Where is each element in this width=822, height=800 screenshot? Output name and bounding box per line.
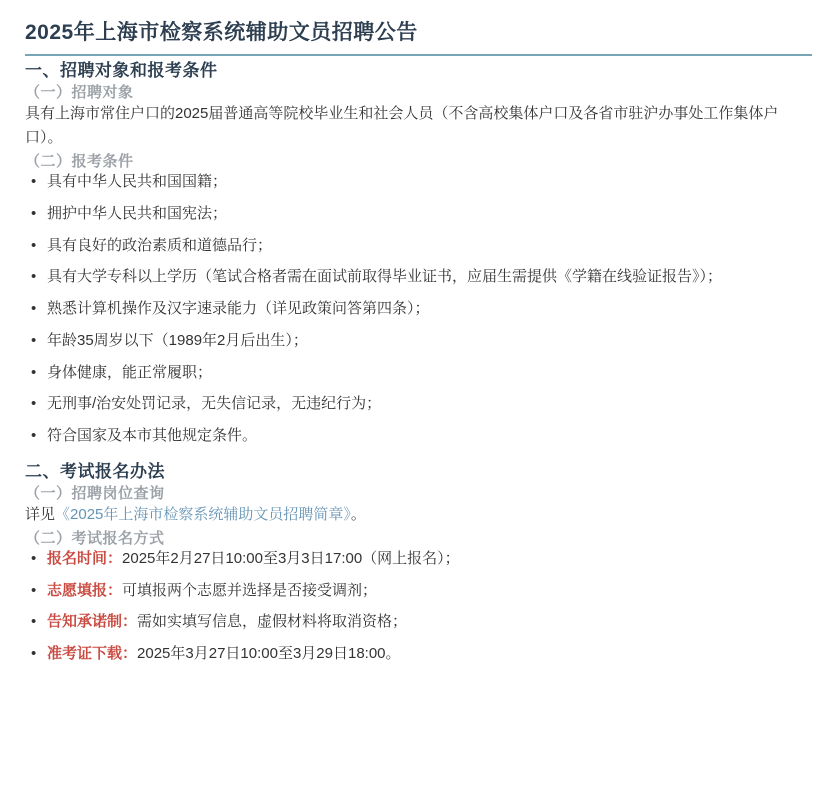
application-conditions-list: 具有中华人民共和国国籍； 拥护中华人民共和国宪法； 具有良好的政治素质和道德品行…: [25, 171, 812, 447]
list-item: 告知承诺制：需如实填写信息，虚假材料将取消资格；: [31, 611, 812, 633]
item-text: 2025年2月27日10:00至3月3日17:00（网上报名）；: [122, 550, 460, 567]
section-1-sub-1-heading: （一）招聘对象: [25, 81, 812, 102]
item-label: 报名时间：: [47, 550, 122, 567]
list-item: 熟悉计算机操作及汉字速录能力（详见政策问答第四条）；: [31, 298, 812, 320]
list-item: 具有中华人民共和国国籍；: [31, 171, 812, 193]
item-label: 告知承诺制：: [47, 613, 137, 630]
section-1-heading: 一、招聘对象和报考条件: [25, 56, 812, 81]
job-query-paragraph: 详见《2025年上海市检察系统辅助文员招聘简章》。: [25, 503, 812, 527]
list-item: 身体健康，能正常履职；: [31, 362, 812, 384]
list-item: 志愿填报：可填报两个志愿并选择是否接受调剂；: [31, 580, 812, 602]
section-2-sub-2-heading: （二）考试报名方式: [25, 527, 812, 548]
list-item: 符合国家及本市其他规定条件。: [31, 425, 812, 447]
list-item: 无刑事/治安处罚记录，无失信记录，无违纪行为；: [31, 393, 812, 415]
list-item: 报名时间：2025年2月27日10:00至3月3日17:00（网上报名）；: [31, 548, 812, 570]
recruitment-target-paragraph: 具有上海市常住户口的2025届普通高等院校毕业生和社会人员（不含高校集体户口及各…: [25, 102, 812, 150]
link-suffix-text: 。: [351, 506, 366, 523]
item-text: 需如实填写信息，虚假材料将取消资格；: [137, 613, 407, 630]
item-text: 2025年3月27日10:00至3月29日18:00。: [137, 645, 401, 662]
section-2-sub-1-heading: （一）招聘岗位查询: [25, 482, 812, 503]
item-label: 准考证下载：: [47, 645, 137, 662]
list-item: 拥护中华人民共和国宪法；: [31, 203, 812, 225]
item-text: 可填报两个志愿并选择是否接受调剂；: [122, 582, 377, 599]
registration-method-list: 报名时间：2025年2月27日10:00至3月3日17:00（网上报名）； 志愿…: [25, 548, 812, 665]
list-item: 年龄35周岁以下（1989年2月后出生）；: [31, 330, 812, 352]
announcement-document: 2025年上海市检察系统辅助文员招聘公告 一、招聘对象和报考条件 （一）招聘对象…: [0, 0, 822, 800]
section-2-heading: 二、考试报名办法: [25, 457, 812, 482]
list-item: 具有良好的政治素质和道德品行；: [31, 235, 812, 257]
recruitment-brochure-link[interactable]: 《2025年上海市检察系统辅助文员招聘简章》: [55, 506, 351, 523]
link-prefix-text: 详见: [25, 506, 55, 523]
list-item: 具有大学专科以上学历（笔试合格者需在面试前取得毕业证书，应届生需提供《学籍在线验…: [31, 266, 812, 288]
item-label: 志愿填报：: [47, 582, 122, 599]
page-title: 2025年上海市检察系统辅助文员招聘公告: [25, 16, 812, 56]
list-item: 准考证下载：2025年3月27日10:00至3月29日18:00。: [31, 643, 812, 665]
section-1-sub-2-heading: （二）报考条件: [25, 150, 812, 171]
